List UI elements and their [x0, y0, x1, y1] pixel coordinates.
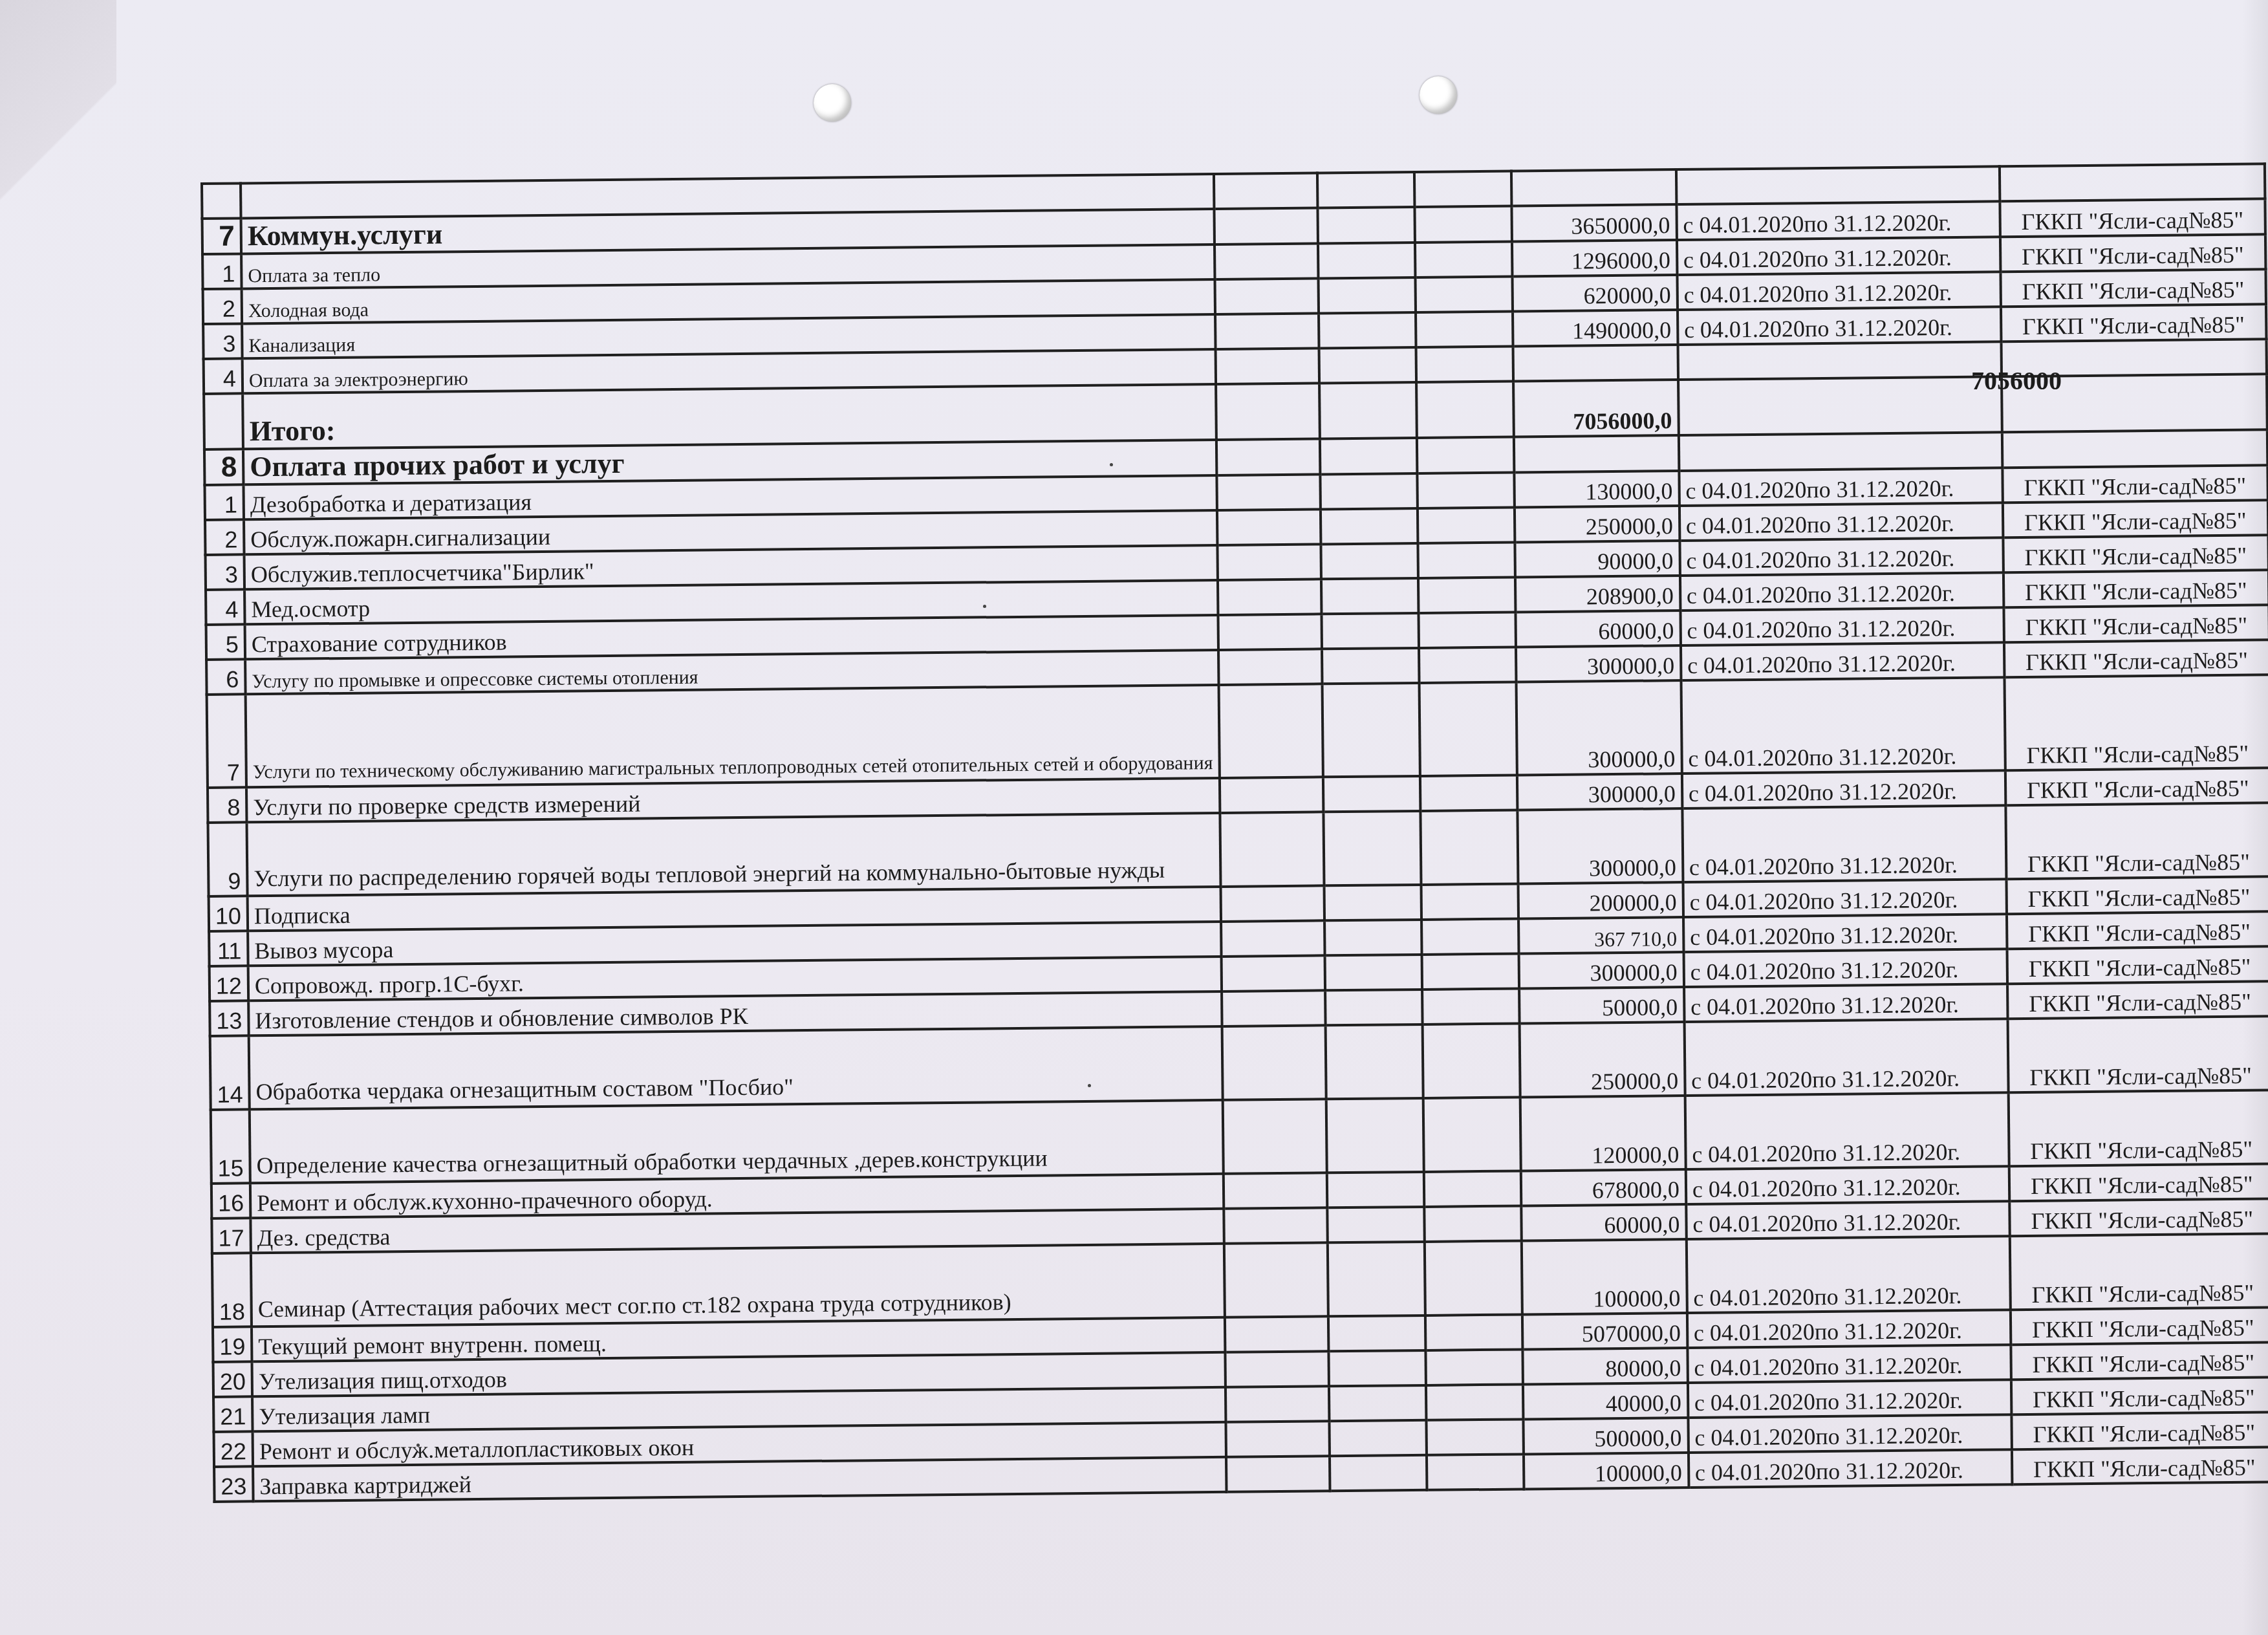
punch-hole-left: [814, 84, 851, 122]
empty-cell: [1321, 543, 1418, 579]
empty-cell: [1325, 1024, 1423, 1099]
row-amount: 200000,0: [1518, 882, 1683, 918]
row-period: с 04.01.2020по 31.12.2020г.: [1685, 1092, 2009, 1169]
empty-cell: [1225, 1351, 1329, 1387]
scan-speck: [416, 1444, 420, 1447]
empty-cell: [1217, 544, 1321, 580]
empty-cell: [1420, 810, 1518, 884]
empty-cell: [1217, 509, 1321, 545]
row-description: Семинар (Аттестация рабочих мест сог.по …: [251, 1244, 1225, 1326]
empty-cell: [1328, 1242, 1425, 1316]
empty-cell: [1224, 1242, 1328, 1317]
empty-cell: [1319, 312, 1416, 348]
empty-cell: [1414, 171, 1512, 207]
row-period: с 04.01.2020по 31.12.2020г.: [1680, 572, 2003, 611]
row-period: с 04.01.2020по 31.12.2020г.: [1678, 307, 2001, 345]
row-amount: 678000,0: [1521, 1169, 1687, 1206]
row-number: 7: [207, 694, 246, 788]
empty-cell: [1221, 955, 1325, 991]
row-amount: 100000,0: [1524, 1453, 1689, 1489]
scan-speck: [1110, 463, 1113, 466]
row-number: 17: [211, 1218, 251, 1253]
row-amount: 300000,0: [1517, 774, 1683, 810]
row-period: с 04.01.2020по 31.12.2020г.: [1689, 1449, 2012, 1488]
row-period: с 04.01.2020по 31.12.2020г.: [1687, 1345, 2011, 1383]
empty-cell: [1226, 1456, 1330, 1492]
empty-cell: [1215, 243, 1319, 279]
row-organization: ГККП "Ясли-сад№85": [2003, 535, 2268, 572]
row-amount: [1511, 169, 1677, 206]
row-period: с 04.01.2020по 31.12.2020г.: [1681, 677, 2005, 774]
row-amount: 250000,0: [1515, 506, 1680, 542]
empty-cell: [1324, 920, 1422, 955]
side-total-note: 7056000: [1971, 365, 2062, 396]
empty-cell: [1417, 437, 1515, 473]
row-organization: ГККП "Ясли-сад№85": [2007, 911, 2268, 949]
empty-cell: [1319, 347, 1416, 383]
row-period: с 04.01.2020по 31.12.2020г.: [1687, 1236, 2011, 1313]
empty-cell: [1424, 1206, 1522, 1241]
row-amount: 1490000,0: [1513, 310, 1678, 346]
budget-table: 7Коммун.услуги3650000,0с 04.01.2020по 31…: [200, 162, 2268, 1503]
row-amount: 120000,0: [1520, 1096, 1685, 1171]
row-organization: ГККП "Ясли-сад№85": [2007, 946, 2268, 984]
empty-cell: [1327, 1172, 1425, 1207]
budget-table-body: 7Коммун.услуги3650000,0с 04.01.2020по 31…: [202, 164, 2268, 1502]
empty-cell: [1323, 811, 1421, 885]
empty-cell: [1320, 473, 1418, 509]
scan-speck: [1088, 1084, 1091, 1087]
row-organization: ГККП "Ясли-сад№85": [2006, 876, 2268, 914]
row-number: 11: [209, 931, 248, 966]
empty-cell: [1414, 206, 1512, 243]
row-amount: 130000,0: [1514, 471, 1679, 507]
empty-cell: [1418, 578, 1516, 613]
row-number: 1: [204, 484, 244, 520]
empty-cell: [1215, 313, 1319, 349]
empty-cell: [1225, 1316, 1329, 1352]
row-number: 22: [214, 1431, 254, 1467]
empty-cell: [1226, 1421, 1330, 1457]
row-description: Итого:: [243, 384, 1216, 449]
row-organization: ГККП "Ясли-сад№85": [2003, 570, 2268, 607]
empty-cell: [1218, 684, 1323, 778]
row-description: Услуги по распределению горячей воды теп…: [247, 813, 1221, 896]
empty-cell: [1220, 812, 1324, 887]
row-period: с 04.01.2020по 31.12.2020г.: [1679, 537, 2003, 576]
empty-cell: [1329, 1420, 1427, 1456]
row-amount: 300000,0: [1518, 952, 1684, 988]
empty-cell: [1322, 648, 1420, 684]
row-number: 8: [204, 449, 244, 485]
row-number: 8: [208, 787, 247, 823]
row-number: 2: [205, 519, 244, 555]
row-number: 4: [204, 358, 243, 394]
row-organization: ГККП "Ясли-сад№85": [2001, 304, 2266, 341]
row-number: 19: [213, 1326, 252, 1362]
empty-cell: [1220, 885, 1324, 922]
empty-cell: [1218, 614, 1322, 650]
row-number: 21: [213, 1396, 253, 1432]
row-description: Определение качества огнезащитный обрабо…: [250, 1100, 1224, 1183]
empty-cell: [1317, 207, 1415, 243]
empty-cell: [1416, 382, 1514, 438]
row-period: [1679, 432, 2003, 471]
empty-cell: [1426, 1419, 1524, 1455]
row-organization: ГККП "Ясли-сад№85": [2004, 675, 2268, 770]
empty-cell: [1318, 243, 1416, 278]
row-number: 13: [210, 1001, 249, 1036]
empty-cell: [1425, 1314, 1523, 1350]
row-organization: [2002, 429, 2268, 468]
row-amount: 208900,0: [1515, 576, 1681, 612]
row-organization: ГККП "Ясли-сад№85": [2002, 465, 2267, 503]
row-number: [202, 183, 241, 219]
row-organization: ГККП "Ясли-сад№85": [2000, 234, 2265, 272]
empty-cell: [1427, 1454, 1524, 1489]
row-amount: 90000,0: [1515, 541, 1680, 577]
row-amount: 50000,0: [1519, 987, 1685, 1023]
row-number: 20: [213, 1361, 253, 1397]
empty-cell: [1420, 775, 1518, 811]
row-period: с 04.01.2020по 31.12.2020г.: [1684, 1019, 2008, 1096]
row-amount: 300000,0: [1517, 808, 1683, 883]
empty-cell: [1415, 242, 1513, 277]
row-organization: ГККП "Ясли-сад№85": [2012, 1447, 2268, 1484]
empty-cell: [1216, 439, 1321, 475]
row-period: с 04.01.2020по 31.12.2020г.: [1683, 949, 2007, 987]
row-number: [204, 393, 243, 449]
row-period: [1678, 341, 2001, 380]
row-period: с 04.01.2020по 31.12.2020г.: [1686, 1201, 2009, 1239]
row-amount: 7056000,0: [1513, 380, 1679, 437]
row-period: с 04.01.2020по 31.12.2020г.: [1688, 1414, 2011, 1453]
empty-cell: [1418, 508, 1515, 543]
row-organization: ГККП "Ясли-сад№85": [2003, 605, 2268, 642]
empty-cell: [1322, 683, 1420, 777]
budget-table-container: 7Коммун.услуги3650000,0с 04.01.2020по 31…: [200, 162, 2268, 1503]
row-amount: 3650000,0: [1511, 204, 1677, 241]
row-period: с 04.01.2020по 31.12.2020г.: [1681, 642, 2004, 680]
empty-cell: [1417, 473, 1515, 508]
punch-hole-right: [1420, 76, 1457, 114]
empty-cell: [1224, 1207, 1328, 1244]
empty-cell: [1321, 508, 1418, 544]
empty-cell: [1214, 173, 1318, 209]
row-organization: ГККП "Ясли-сад№85": [2005, 768, 2268, 805]
empty-cell: [1220, 777, 1324, 813]
row-period: [1678, 376, 2002, 435]
row-organization: ГККП "Ясли-сад№85": [2009, 1198, 2268, 1236]
empty-cell: [1426, 1384, 1524, 1420]
row-amount: 100000,0: [1522, 1239, 1687, 1314]
row-amount: 5070000,0: [1522, 1313, 1688, 1349]
empty-cell: [1419, 682, 1517, 776]
empty-cell: [1422, 1023, 1520, 1098]
row-amount: 300000,0: [1516, 680, 1681, 775]
row-amount: 40000,0: [1523, 1383, 1689, 1419]
empty-cell: [1215, 278, 1319, 314]
row-amount: 500000,0: [1523, 1418, 1689, 1454]
row-number: 3: [206, 554, 245, 590]
empty-cell: [1421, 953, 1519, 989]
row-period: с 04.01.2020по 31.12.2020г.: [1677, 237, 2000, 275]
row-organization: ГККП "Ясли-сад№85": [2008, 1090, 2268, 1166]
empty-cell: [1324, 955, 1422, 990]
empty-cell: [1328, 1316, 1426, 1351]
row-description: Услуги по техническому обслуживанию маги…: [246, 685, 1220, 787]
row-number: 18: [212, 1253, 252, 1327]
empty-cell: [1415, 277, 1513, 312]
empty-cell: [1324, 885, 1421, 920]
empty-cell: [1215, 348, 1319, 384]
row-number: 1: [202, 254, 242, 289]
empty-cell: [1422, 988, 1520, 1024]
row-amount: 1296000,0: [1512, 240, 1678, 276]
row-number: 4: [206, 589, 245, 625]
row-period: с 04.01.2020по 31.12.2020г.: [1683, 879, 2006, 917]
row-organization: ГККП "Ясли-сад№85": [2007, 981, 2268, 1019]
row-organization: ГККП "Ясли-сад№85": [2011, 1342, 2268, 1380]
empty-cell: [1218, 649, 1323, 685]
row-number: 10: [209, 896, 248, 931]
row-organization: ГККП "Ясли-сад№85": [2011, 1412, 2268, 1449]
row-number: 14: [210, 1035, 250, 1110]
empty-cell: [1328, 1350, 1426, 1386]
row-organization: ГККП "Ясли-сад№85": [2003, 500, 2268, 537]
row-period: с 04.01.2020по 31.12.2020г.: [1679, 503, 2003, 541]
row-amount: 80000,0: [1522, 1348, 1688, 1384]
empty-cell: [1317, 172, 1415, 208]
empty-cell: [1425, 1349, 1523, 1385]
row-amount: 60000,0: [1515, 611, 1681, 647]
row-number: 6: [206, 659, 246, 695]
row-period: с 04.01.2020по 31.12.2020г.: [1679, 468, 2002, 506]
row-number: 7: [202, 218, 242, 254]
row-number: 12: [210, 966, 249, 1001]
empty-cell: [1319, 382, 1417, 439]
empty-cell: [1326, 1098, 1423, 1173]
empty-cell: [1421, 883, 1518, 919]
empty-cell: [1418, 543, 1515, 578]
row-amount: 60000,0: [1521, 1204, 1687, 1240]
row-amount: [1514, 435, 1679, 472]
row-number: 3: [203, 323, 243, 359]
row-amount: 250000,0: [1519, 1022, 1685, 1097]
row-period: с 04.01.2020по 31.12.2020г.: [1677, 272, 2000, 310]
empty-cell: [1216, 383, 1320, 440]
empty-cell: [1327, 1207, 1425, 1242]
row-number: 5: [206, 624, 246, 660]
empty-cell: [1424, 1171, 1522, 1206]
empty-cell: [1221, 920, 1325, 957]
row-period: с 04.01.2020по 31.12.2020г.: [1684, 984, 2007, 1022]
empty-cell: [1416, 347, 1513, 382]
empty-cell: [1321, 578, 1419, 614]
row-period: с 04.01.2020по 31.12.2020г.: [1680, 607, 2003, 645]
empty-cell: [1423, 1097, 1520, 1171]
empty-cell: [1226, 1386, 1330, 1422]
empty-cell: [1325, 990, 1423, 1025]
row-number: 9: [208, 822, 248, 896]
row-period: с 04.01.2020по 31.12.2020г.: [1688, 1380, 2011, 1418]
row-period: с 04.01.2020по 31.12.2020г.: [1682, 805, 2006, 882]
empty-cell: [1222, 990, 1326, 1026]
empty-cell: [1320, 438, 1418, 474]
empty-cell: [1418, 612, 1516, 648]
row-period: с 04.01.2020по 31.12.2020г.: [1683, 914, 2007, 952]
empty-cell: [1425, 1240, 1522, 1315]
row-period: с 04.01.2020по 31.12.2020г.: [1676, 201, 2000, 240]
empty-cell: [1421, 918, 1519, 954]
empty-cell: [1329, 1385, 1427, 1421]
empty-cell: [1318, 277, 1416, 313]
row-organization: ГККП "Ясли-сад№85": [2009, 1164, 2268, 1201]
row-period: с 04.01.2020по 31.12.2020г.: [1682, 770, 2005, 808]
row-description: Обработка чердака огнезащитным составом …: [249, 1026, 1223, 1109]
empty-cell: [1218, 579, 1322, 615]
row-amount: 300000,0: [1516, 645, 1681, 682]
empty-cell: [1323, 776, 1421, 812]
row-organization: ГККП "Ясли-сад№85": [2010, 1233, 2268, 1310]
row-period: с 04.01.2020по 31.12.2020г.: [1687, 1310, 2011, 1348]
row-amount: 367 710,0: [1518, 917, 1684, 953]
row-organization: ГККП "Ясли-сад№85": [2011, 1377, 2268, 1414]
row-amount: [1513, 345, 1678, 381]
row-organization: [2000, 164, 2265, 201]
empty-cell: [1224, 1173, 1328, 1209]
empty-cell: [1330, 1455, 1427, 1491]
row-amount: 620000,0: [1512, 275, 1678, 311]
row-organization: ГККП "Ясли-сад№85": [2011, 1307, 2268, 1345]
empty-cell: [1416, 312, 1513, 347]
scan-speck: [983, 605, 986, 608]
folded-corner: [0, 0, 116, 213]
empty-cell: [1222, 1099, 1326, 1174]
row-organization: ГККП "Ясли-сад№85": [2000, 199, 2265, 237]
row-number: 16: [211, 1183, 251, 1218]
row-number: 15: [211, 1109, 250, 1184]
row-organization: ГККП "Ясли-сад№85": [2007, 1016, 2268, 1092]
empty-cell: [1222, 1025, 1326, 1100]
row-number: 2: [203, 288, 243, 324]
row-organization: ГККП "Ясли-сад№85": [2004, 640, 2268, 677]
row-organization: ГККП "Ясли-сад№85": [2005, 803, 2268, 879]
empty-cell: [1216, 474, 1321, 510]
empty-cell: [1419, 647, 1517, 683]
row-period: [1676, 166, 2000, 204]
row-number: 23: [214, 1466, 254, 1502]
empty-cell: [1214, 208, 1318, 244]
row-period: с 04.01.2020по 31.12.2020г.: [1685, 1166, 2009, 1204]
empty-cell: [1321, 613, 1419, 649]
row-organization: ГККП "Ясли-сад№85": [2000, 269, 2265, 307]
